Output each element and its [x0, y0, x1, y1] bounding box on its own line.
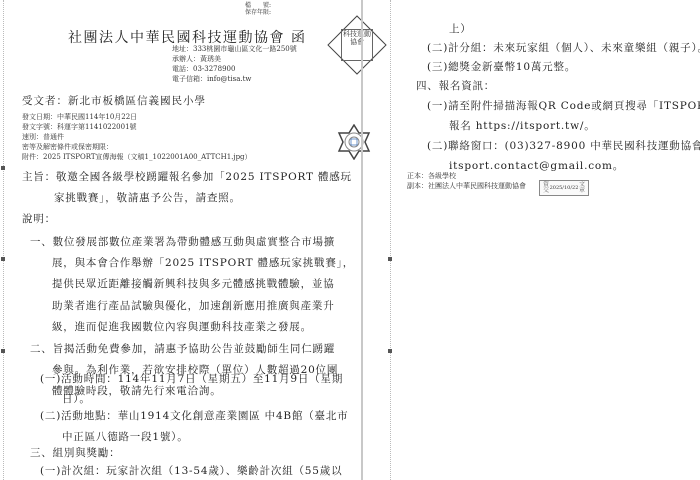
org-email: 電子信箱：info@tisa.tw — [172, 75, 251, 85]
binding-mark-ding — [388, 257, 392, 261]
file-number-label: 檔 號: — [245, 2, 271, 9]
item-2-line-1: 二、旨揭活動免費參加，請惠予協助公告並鼓勵師生同仁踴躍 — [30, 339, 335, 361]
delivery-speed: 速別：普通件 — [22, 133, 64, 143]
retention-period-label: 保存年限: — [245, 9, 271, 16]
binding-line — [390, 0, 391, 480]
distribution-copy: 副本：社團法人中華民國科技運動協會 — [407, 182, 526, 192]
item-1-line-2: 展，與本會合作舉辦「2025 ITSPORT 體感玩家挑戰賽」， — [52, 253, 354, 275]
stamp-date: 2025/10/22 — [550, 185, 579, 191]
subject-line-2: 家挑戰賽」，敬請惠予公告，請查照。 — [54, 188, 241, 210]
handler-name: 承辦人：黃琇美 — [172, 55, 221, 65]
subject-line-1: 主旨：敬邀全國各級學校踴躍報名參加「2025 ITSPORT 體感玩 — [22, 167, 352, 189]
item-1-line-3: 提供民眾近距離接觸新興科技與多元體感挑戰體驗，並協 — [52, 274, 335, 296]
org-letter-title: 社團法人中華民國科技運動協會 函 — [68, 27, 306, 47]
sub-item-2-line-1: (二)活動地點：華山1914文化創意產業園區 中4B館（臺北市 — [40, 406, 348, 428]
contact-window-line-1: (二)聯絡窗口：(03)327-8900 中華民國科技運動協會 — [427, 136, 700, 158]
distribution-main: 正本：各級學校 — [407, 172, 456, 182]
attachment-link[interactable]: 附件：2025 ITSPORT宣傳海報（文稿1_1022001A00_ATTCH… — [22, 153, 252, 163]
contact-email-link[interactable]: itsport.contact@gmail.com。 — [449, 156, 624, 178]
section-4-label: 四、報名資訊： — [416, 76, 495, 98]
registration-item-1-line-1: (一)請至附件掃描海報QR Code或網頁搜尋「ITSPORT」官網 — [427, 96, 700, 118]
separator-over-seal — [361, 20, 363, 80]
explanation-label: 說明： — [22, 209, 56, 231]
sub-item-1-line-1: (一)活動時間：114年11月7日（星期五）至11月9日（星期 — [40, 369, 343, 391]
binding-mark-ding — [1, 257, 5, 261]
section-3-line-1: (一)計次組：玩家計次組（13-54歲）、樂齡計次組（55歲以 — [40, 461, 342, 480]
item-1-line-5: 級，進而促進我國數位內容與運動科技產業之發展。 — [52, 317, 312, 339]
dispatch-stamp: 資 交 2025/10/22 文 章 — [539, 180, 589, 196]
binding-mark-xian — [388, 349, 392, 353]
binding-line — [3, 0, 4, 480]
item-1-line-1: 一、數位發展部數位產業署為帶動體感互動與虛實整合市場擴 — [30, 232, 335, 254]
org-address: 地址：333桃園市龜山區文化一路250號 — [172, 45, 297, 55]
recipient: 受文者：新北市板橋區信義國民小學 — [22, 93, 206, 108]
issue-date: 發文日期：中華民國114年10月22日 — [22, 113, 137, 123]
binding-mark-xian — [1, 349, 5, 353]
binding-mark-zhuang — [1, 166, 5, 170]
item-1-line-4: 助業者進行產品試驗與優化，加速創新應用推廣與產業升 — [52, 296, 335, 318]
secrecy-level: 密等及解密條件或保密期限： — [22, 143, 113, 153]
org-phone: 電話：03-3278900 — [172, 65, 235, 75]
stamp-char: 章 — [579, 188, 585, 194]
stamp-char: 交 — [543, 188, 549, 194]
separator-over-star — [361, 120, 363, 165]
document-number: 發文字號：科運字第1141022001號 — [22, 123, 137, 133]
registration-url-link[interactable]: 報名 https://itsport.tw/。 — [449, 116, 596, 138]
